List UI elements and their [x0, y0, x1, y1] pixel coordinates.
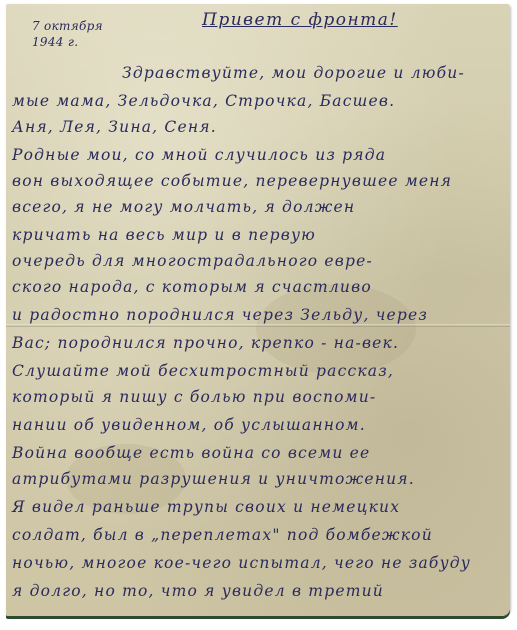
letter-line: ночью, многое кое-чего испытал, чего не …: [12, 554, 471, 572]
date-year: 1944 г.: [32, 34, 103, 50]
letter-date: 7 октября 1944 г.: [32, 18, 103, 50]
letter-line: ского народа, с которым я счастливо: [12, 278, 372, 296]
letter-line: Родные мои, со мной случилось из ряда: [12, 146, 386, 164]
letter-line: Вас; породнился прочно, крепко - на-век.: [12, 334, 399, 352]
letter-line: который я пишу с болью при воспоми-: [12, 388, 376, 406]
letter-line: очередь для многострадального евре-: [12, 252, 373, 270]
letter-line: и радостно породнился через Зельду, чере…: [12, 306, 428, 324]
paper-fold-crease: [6, 324, 510, 327]
letter-line: вон выходящее событие, перевернувшее мен…: [12, 172, 452, 190]
date-day-month: 7 октября: [32, 18, 103, 34]
letter-line: Слушайте мой бесхитростный рассказ,: [12, 362, 394, 380]
paper-stain: [256, 284, 416, 374]
letter-paper: 7 октября 1944 г. Привет с фронта! Здрав…: [6, 4, 510, 616]
letter-line: всего, я не могу молчать, я должен: [12, 198, 355, 216]
letter-line: Аня, Лея, Зина, Сеня.: [12, 118, 217, 136]
letter-line: я долго, но то, что я увидел в третий: [12, 582, 384, 600]
letter-title: Привет с фронта!: [202, 10, 398, 30]
letter-line: кричать на весь мир и в первую: [12, 226, 316, 244]
letter-line: нании об увиденном, об услышанном.: [12, 416, 366, 434]
letter-line: Война вообще есть война со всеми ее: [12, 444, 370, 462]
letter-line: солдат, был в „переплетах" под бомбежкой: [12, 526, 433, 544]
letter-line: Я видел раньше трупы своих и немецких: [12, 498, 400, 516]
letter-line: мые мама, Зельдочка, Строчка, Басшев.: [12, 92, 395, 110]
letter-line: Здравствуйте, мои дорогие и люби-: [122, 64, 465, 82]
letter-line: атрибутами разрушения и уничтожения.: [12, 470, 415, 488]
